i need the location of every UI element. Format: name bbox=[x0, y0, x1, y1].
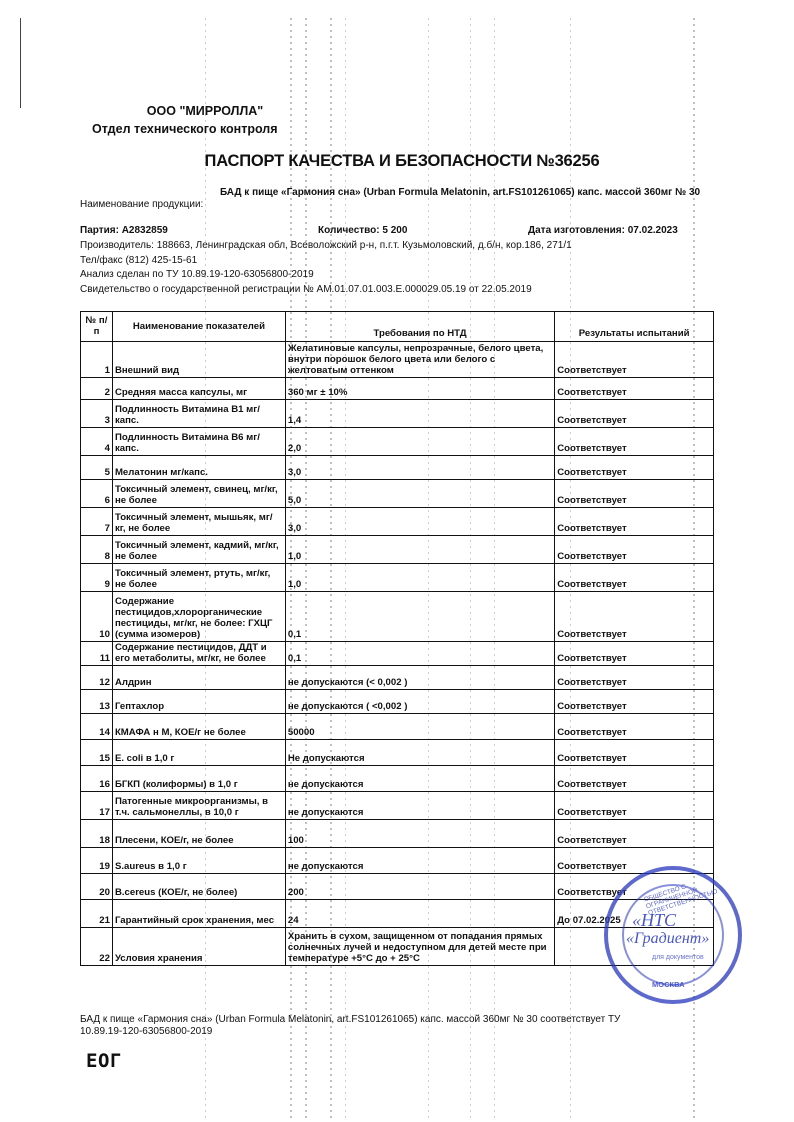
row-requirement: 3,0 bbox=[285, 508, 554, 536]
document-title: ПАСПОРТ КАЧЕСТВА И БЕЗОПАСНОСТИ №36256 bbox=[0, 152, 794, 171]
row-num: 5 bbox=[81, 456, 113, 480]
row-num: 11 bbox=[81, 642, 113, 666]
table-row: 1Внешний видЖелатиновые капсулы, непрозр… bbox=[81, 342, 714, 378]
row-result: Соответствует bbox=[555, 342, 714, 378]
eog-mark: EOГ bbox=[86, 1050, 122, 1072]
row-requirement: не допускаются bbox=[285, 848, 554, 874]
analysis-standard: Анализ сделан по ТУ 10.89.19-120-6305680… bbox=[80, 269, 314, 280]
manufacture-date: Дата изготовления: 07.02.2023 bbox=[528, 225, 678, 236]
row-result: Соответствует bbox=[555, 456, 714, 480]
table-row: 11Содержание пестицидов, ДДТ и его метаб… bbox=[81, 642, 714, 666]
product-label: Наименование продукции: bbox=[80, 199, 203, 210]
scan-edge bbox=[20, 18, 21, 108]
department-name: Отдел технического контроля bbox=[92, 122, 278, 136]
row-indicator-name: Подлинность Витамина В1 мг/капс. bbox=[112, 400, 285, 428]
table-row: 15E. coli в 1,0 гНе допускаютсяСоответст… bbox=[81, 740, 714, 766]
row-num: 6 bbox=[81, 480, 113, 508]
row-num: 10 bbox=[81, 592, 113, 642]
row-num: 2 bbox=[81, 378, 113, 400]
row-num: 20 bbox=[81, 874, 113, 900]
row-num: 16 bbox=[81, 766, 113, 792]
table-header-row: № п/п Наименование показателей Требовани… bbox=[81, 312, 714, 342]
row-num: 19 bbox=[81, 848, 113, 874]
row-indicator-name: Токсичный элемент, мышьяк, мг/кг, не бол… bbox=[112, 508, 285, 536]
row-requirement: 50000 bbox=[285, 714, 554, 740]
row-indicator-name: Подлинность Витамина В6 мг/капс. bbox=[112, 428, 285, 456]
row-num: 3 bbox=[81, 400, 113, 428]
row-num: 18 bbox=[81, 820, 113, 848]
table-row: 6Токсичный элемент, свинец, мг/кг, не бо… bbox=[81, 480, 714, 508]
table-row: 16БГКП (колиформы) в 1,0 гне допускаются… bbox=[81, 766, 714, 792]
table-row: 2Средняя масса капсулы, мг360 мг ± 10%Со… bbox=[81, 378, 714, 400]
table-row: 14КМАФА н М, КОЕ/г не более50000Соответс… bbox=[81, 714, 714, 740]
batch-number: Партия: А2832859 bbox=[80, 225, 168, 236]
seal-text-docs: для документов bbox=[652, 954, 704, 961]
row-result: Соответствует bbox=[555, 766, 714, 792]
row-indicator-name: Содержание пестицидов, ДДТ и его метабол… bbox=[112, 642, 285, 666]
row-requirement: Хранить в сухом, защищенном от попадания… bbox=[285, 928, 554, 966]
row-indicator-name: Патогенные микроорганизмы, в т.ч. сальмо… bbox=[112, 792, 285, 820]
row-num: 21 bbox=[81, 900, 113, 928]
row-indicator-name: Условия хранения bbox=[112, 928, 285, 966]
table-row: 7Токсичный элемент, мышьяк, мг/кг, не бо… bbox=[81, 508, 714, 536]
seal-text-city: МОСКВА bbox=[652, 980, 685, 989]
row-result: Соответствует bbox=[555, 564, 714, 592]
row-num: 9 bbox=[81, 564, 113, 592]
row-indicator-name: Мелатонин мг/капс. bbox=[112, 456, 285, 480]
row-requirement: 0,1 bbox=[285, 642, 554, 666]
header-num: № п/п bbox=[81, 312, 113, 342]
row-requirement: 2,0 bbox=[285, 428, 554, 456]
registration-certificate: Свидетельство о государственной регистра… bbox=[80, 284, 532, 295]
row-result: Соответствует bbox=[555, 792, 714, 820]
table-row: 13Гептахлорне допускаются ( <0,002 )Соот… bbox=[81, 690, 714, 714]
row-indicator-name: Токсичный элемент, свинец, мг/кг, не бол… bbox=[112, 480, 285, 508]
row-num: 8 bbox=[81, 536, 113, 564]
row-num: 13 bbox=[81, 690, 113, 714]
row-result: Соответствует bbox=[555, 378, 714, 400]
phone-fax: Тел/факс (812) 425-15-61 bbox=[80, 255, 197, 266]
table-row: 17Патогенные микроорганизмы, в т.ч. саль… bbox=[81, 792, 714, 820]
row-result: Соответствует bbox=[555, 714, 714, 740]
row-result: Соответствует bbox=[555, 536, 714, 564]
row-indicator-name: КМАФА н М, КОЕ/г не более bbox=[112, 714, 285, 740]
row-requirement: 200 bbox=[285, 874, 554, 900]
row-num: 14 bbox=[81, 714, 113, 740]
company-seal: ОБЩЕСТВО С ОГРАНИЧЕННОЙ ОТВЕТСТВЕННОСТЬЮ… bbox=[604, 866, 742, 1004]
row-indicator-name: Содержание пестицидов,хлорорганические п… bbox=[112, 592, 285, 642]
organization-name: ООО "МИРРОЛЛА" bbox=[120, 104, 290, 118]
row-requirement: не допускаются ( <0,002 ) bbox=[285, 690, 554, 714]
row-result: Соответствует bbox=[555, 666, 714, 690]
seal-text-nts: «НТС bbox=[632, 910, 676, 931]
table-row: 10Содержание пестицидов,хлорорганические… bbox=[81, 592, 714, 642]
row-indicator-name: E. coli в 1,0 г bbox=[112, 740, 285, 766]
producer-address: Производитель: 188663, Ленинградская обл… bbox=[80, 240, 572, 251]
row-num: 4 bbox=[81, 428, 113, 456]
row-requirement: 5,0 bbox=[285, 480, 554, 508]
row-num: 7 bbox=[81, 508, 113, 536]
table-row: 4Подлинность Витамина В6 мг/капс.2,0Соот… bbox=[81, 428, 714, 456]
row-indicator-name: S.aureus в 1,0 г bbox=[112, 848, 285, 874]
row-num: 22 bbox=[81, 928, 113, 966]
table-row: 5Мелатонин мг/капс.3,0Соответствует bbox=[81, 456, 714, 480]
conclusion-text: БАД к пище «Гармония сна» (Urban Formula… bbox=[80, 1014, 640, 1038]
header-name: Наименование показателей bbox=[112, 312, 285, 342]
row-requirement: 3,0 bbox=[285, 456, 554, 480]
row-requirement: 24 bbox=[285, 900, 554, 928]
table-row: 18Плесени, КОЕ/г, не более100Соответству… bbox=[81, 820, 714, 848]
row-result: Соответствует bbox=[555, 740, 714, 766]
row-requirement: 360 мг ± 10% bbox=[285, 378, 554, 400]
row-indicator-name: Средняя масса капсулы, мг bbox=[112, 378, 285, 400]
row-result: Соответствует bbox=[555, 480, 714, 508]
row-num: 17 bbox=[81, 792, 113, 820]
row-requirement: Желатиновые капсулы, непрозрачные, белог… bbox=[285, 342, 554, 378]
row-num: 1 bbox=[81, 342, 113, 378]
header-result: Результаты испытаний bbox=[555, 312, 714, 342]
row-result: Соответствует bbox=[555, 428, 714, 456]
row-requirement: не допускаются bbox=[285, 792, 554, 820]
table-row: 19S.aureus в 1,0 гне допускаютсяСоответс… bbox=[81, 848, 714, 874]
product-value: БАД к пище «Гармония сна» (Urban Formula… bbox=[220, 187, 720, 199]
row-result: Соответствует bbox=[555, 690, 714, 714]
row-requirement: 100 bbox=[285, 820, 554, 848]
table-row: 9Токсичный элемент, ртуть, мг/кг, не бол… bbox=[81, 564, 714, 592]
quantity: Количество: 5 200 bbox=[318, 225, 407, 236]
seal-text-gradient: «Градиент» bbox=[626, 930, 709, 948]
table-row: 12Алдринне допускаются (< 0,002 )Соответ… bbox=[81, 666, 714, 690]
row-num: 12 bbox=[81, 666, 113, 690]
row-requirement: 1,0 bbox=[285, 564, 554, 592]
row-requirement: не допускаются bbox=[285, 766, 554, 792]
table-row: 8Токсичный элемент, кадмий, мг/кг, не бо… bbox=[81, 536, 714, 564]
row-indicator-name: B.cereus (КОЕ/г, не более) bbox=[112, 874, 285, 900]
row-requirement: 1,0 bbox=[285, 536, 554, 564]
row-requirement: не допускаются (< 0,002 ) bbox=[285, 666, 554, 690]
row-indicator-name: Токсичный элемент, ртуть, мг/кг, не боле… bbox=[112, 564, 285, 592]
row-num: 15 bbox=[81, 740, 113, 766]
row-indicator-name: Гептахлор bbox=[112, 690, 285, 714]
header-requirement: Требования по НТД bbox=[285, 312, 554, 342]
row-indicator-name: БГКП (колиформы) в 1,0 г bbox=[112, 766, 285, 792]
row-requirement: Не допускаются bbox=[285, 740, 554, 766]
row-indicator-name: Плесени, КОЕ/г, не более bbox=[112, 820, 285, 848]
quality-table: № п/п Наименование показателей Требовани… bbox=[80, 311, 714, 966]
row-result: Соответствует bbox=[555, 592, 714, 642]
row-requirement: 1,4 bbox=[285, 400, 554, 428]
row-requirement: 0,1 bbox=[285, 592, 554, 642]
row-indicator-name: Алдрин bbox=[112, 666, 285, 690]
row-indicator-name: Внешний вид bbox=[112, 342, 285, 378]
row-result: Соответствует bbox=[555, 508, 714, 536]
row-result: Соответствует bbox=[555, 820, 714, 848]
row-result: Соответствует bbox=[555, 400, 714, 428]
row-indicator-name: Токсичный элемент, кадмий, мг/кг, не бол… bbox=[112, 536, 285, 564]
row-result: Соответствует bbox=[555, 642, 714, 666]
row-indicator-name: Гарантийный срок хранения, мес bbox=[112, 900, 285, 928]
table-row: 3Подлинность Витамина В1 мг/капс.1,4Соот… bbox=[81, 400, 714, 428]
